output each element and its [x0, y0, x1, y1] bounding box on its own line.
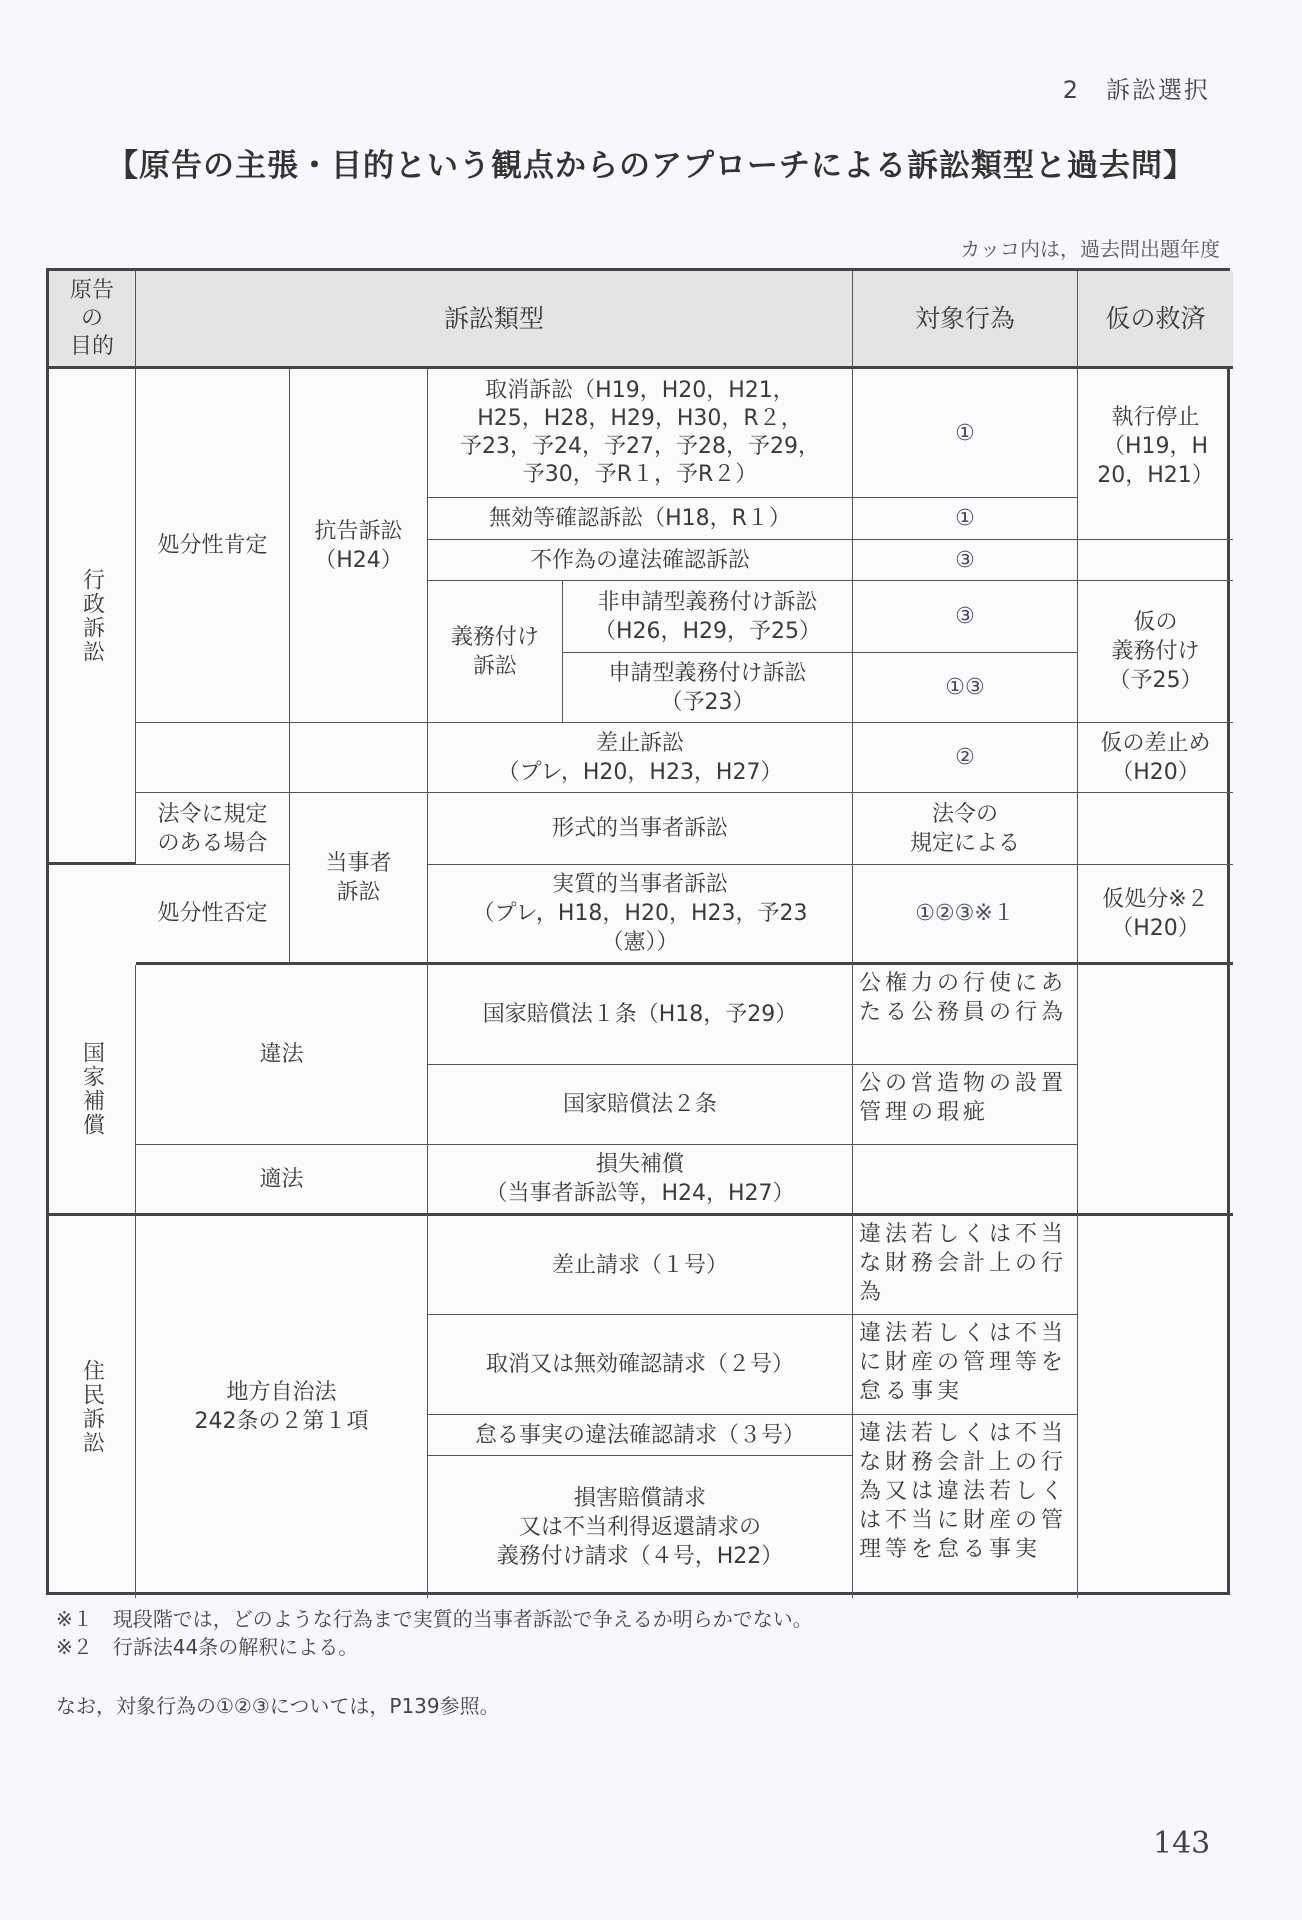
cell-non-application-target: ③ — [853, 581, 1078, 653]
cell-disposition-affirmed-cont — [136, 723, 290, 793]
cell-formal-party-target: 法令の 規定による — [853, 793, 1078, 865]
cell-non-application-mandamus: 非申請型義務付け訴訟 （H26，H29，予25） — [563, 581, 853, 653]
cell-revocation-target: ① — [853, 369, 1078, 498]
cell-substantive-party-target: ①②③※１ — [853, 865, 1078, 965]
cell-application-target: ①③ — [853, 653, 1078, 723]
cell-disposition-affirmed: 処分性肯定 — [136, 369, 290, 723]
cell-disposition-denied: 処分性否定 — [136, 865, 290, 965]
cell-no1-target: 違法若しくは不当な財務会計上の行為 — [853, 1216, 1078, 1315]
cell-substantive-party-suit: 実質的当事者訴訟 （プレ，H18，H20，H23，予23 （憲）） — [428, 865, 853, 965]
cell-application-mandamus: 申請型義務付け訴訟 （予23） — [563, 653, 853, 723]
cell-suspension-of-execution: 執行停止 （H19，H 20，H21） — [1078, 369, 1233, 540]
cell-art1-target: 公権力の行使にあたる公務員の行為 — [853, 965, 1078, 1065]
cell-formal-party-relief-empty — [1078, 793, 1233, 865]
cell-illegal: 違法 — [136, 965, 428, 1145]
section-resident-suit: 住民訴訟 — [49, 1216, 136, 1598]
cell-injunction-target: ② — [853, 723, 1078, 793]
cell-inaction-relief-empty — [1078, 540, 1233, 581]
cell-inaction-illegality-suit: 不作為の違法確認訴訟 — [428, 540, 853, 581]
cell-injunction-claim-no1: 差止請求（１号） — [428, 1216, 853, 1315]
section-heading: 2 訴訟選択 — [1063, 70, 1210, 105]
cell-local-autonomy-act: 地方自治法 242条の２第１項 — [136, 1216, 428, 1598]
section-administrative-litigation: 行政訴訟 — [49, 369, 136, 865]
cell-state-compensation-art1: 国家賠償法１条（H18，予29） — [428, 965, 853, 1065]
cell-revocation-suit: 取消訴訟（H19，H20，H21， H25，H28，H29，H30，R２， 予2… — [428, 369, 853, 498]
cell-inaction-target: ③ — [853, 540, 1078, 581]
cell-nullity-target: ① — [853, 498, 1078, 540]
footnote-1: ※１ 現段階では，どのような行為まで実質的当事者訴訟で争えるか明らかでない。 — [56, 1603, 813, 1632]
header-target-act: 対象行為 — [853, 271, 1078, 369]
cell-formal-party-suit: 形式的当事者訴訟 — [428, 793, 853, 865]
footnote-2: ※２ 行訴法44条の解釈による。 — [56, 1631, 358, 1660]
cell-no3-no4-target: 違法若しくは不当な財務会計上の行為又は違法若しくは不当に財産の管理等を怠る事実 — [853, 1415, 1078, 1598]
litigation-type-table: 原告 の 目的 訴訟類型 対象行為 仮の救済 行政訴訟 処分性肯定 抗告訴訟 （… — [46, 268, 1230, 1595]
reference-note: なお，対象行為の①②③については，P139参照。 — [56, 1690, 500, 1719]
page-number: 143 — [1153, 1826, 1210, 1861]
cell-provisional-mandamus: 仮の 義務付け （予25） — [1078, 581, 1233, 723]
cell-state-relief-empty — [1078, 965, 1233, 1216]
cell-loss-compensation: 損失補償 （当事者訴訟等，H24，H27） — [428, 1145, 853, 1216]
section-state-compensation: 国家補償 — [49, 965, 136, 1216]
cell-appeal-litigation: 抗告訴訟 （H24） — [290, 369, 428, 723]
cell-neglect-illegality-claim-no3: 怠る事実の違法確認請求（３号） — [428, 1415, 853, 1456]
cell-statutory-provision: 法令に規定 のある場合 — [136, 793, 290, 865]
cell-party-litigation: 当事者 訴訟 — [290, 793, 428, 965]
cell-revocation-claim-no2: 取消又は無効確認請求（２号） — [428, 1315, 853, 1415]
cell-provisional-injunction: 仮の差止め （H20） — [1078, 723, 1233, 793]
cell-provisional-disposition: 仮処分※２ （H20） — [1078, 865, 1233, 965]
cell-no2-target: 違法若しくは不当に財産の管理等を怠る事実 — [853, 1315, 1078, 1415]
cell-resident-relief-empty — [1078, 1216, 1233, 1598]
header-purpose: 原告 の 目的 — [49, 271, 136, 369]
cell-appeal-litigation-cont — [290, 723, 428, 793]
cell-state-compensation-art2: 国家賠償法２条 — [428, 1065, 853, 1145]
cell-loss-compensation-target-empty — [853, 1145, 1078, 1216]
cell-mandamus-suit: 義務付け 訴訟 — [428, 581, 563, 723]
cell-lawful: 適法 — [136, 1145, 428, 1216]
page-title: 【原告の主張・目的という観点からのアプローチによる訴訟類型と過去問】 — [0, 140, 1302, 185]
cell-nullity-confirmation-suit: 無効等確認訴訟（H18，R１） — [428, 498, 853, 540]
header-litigation-type: 訴訟類型 — [136, 271, 853, 369]
parenthesis-note: カッコ内は，過去問出題年度 — [960, 233, 1220, 262]
cell-damages-claim-no4: 損害賠償請求 又は不当利得返還請求の 義務付け請求（４号，H22） — [428, 1456, 853, 1598]
cell-injunction-suit: 差止訴訟 （プレ，H20，H23，H27） — [428, 723, 853, 793]
cell-art2-target: 公の営造物の設置管理の瑕疵 — [853, 1065, 1078, 1145]
header-provisional-relief: 仮の救済 — [1078, 271, 1233, 369]
